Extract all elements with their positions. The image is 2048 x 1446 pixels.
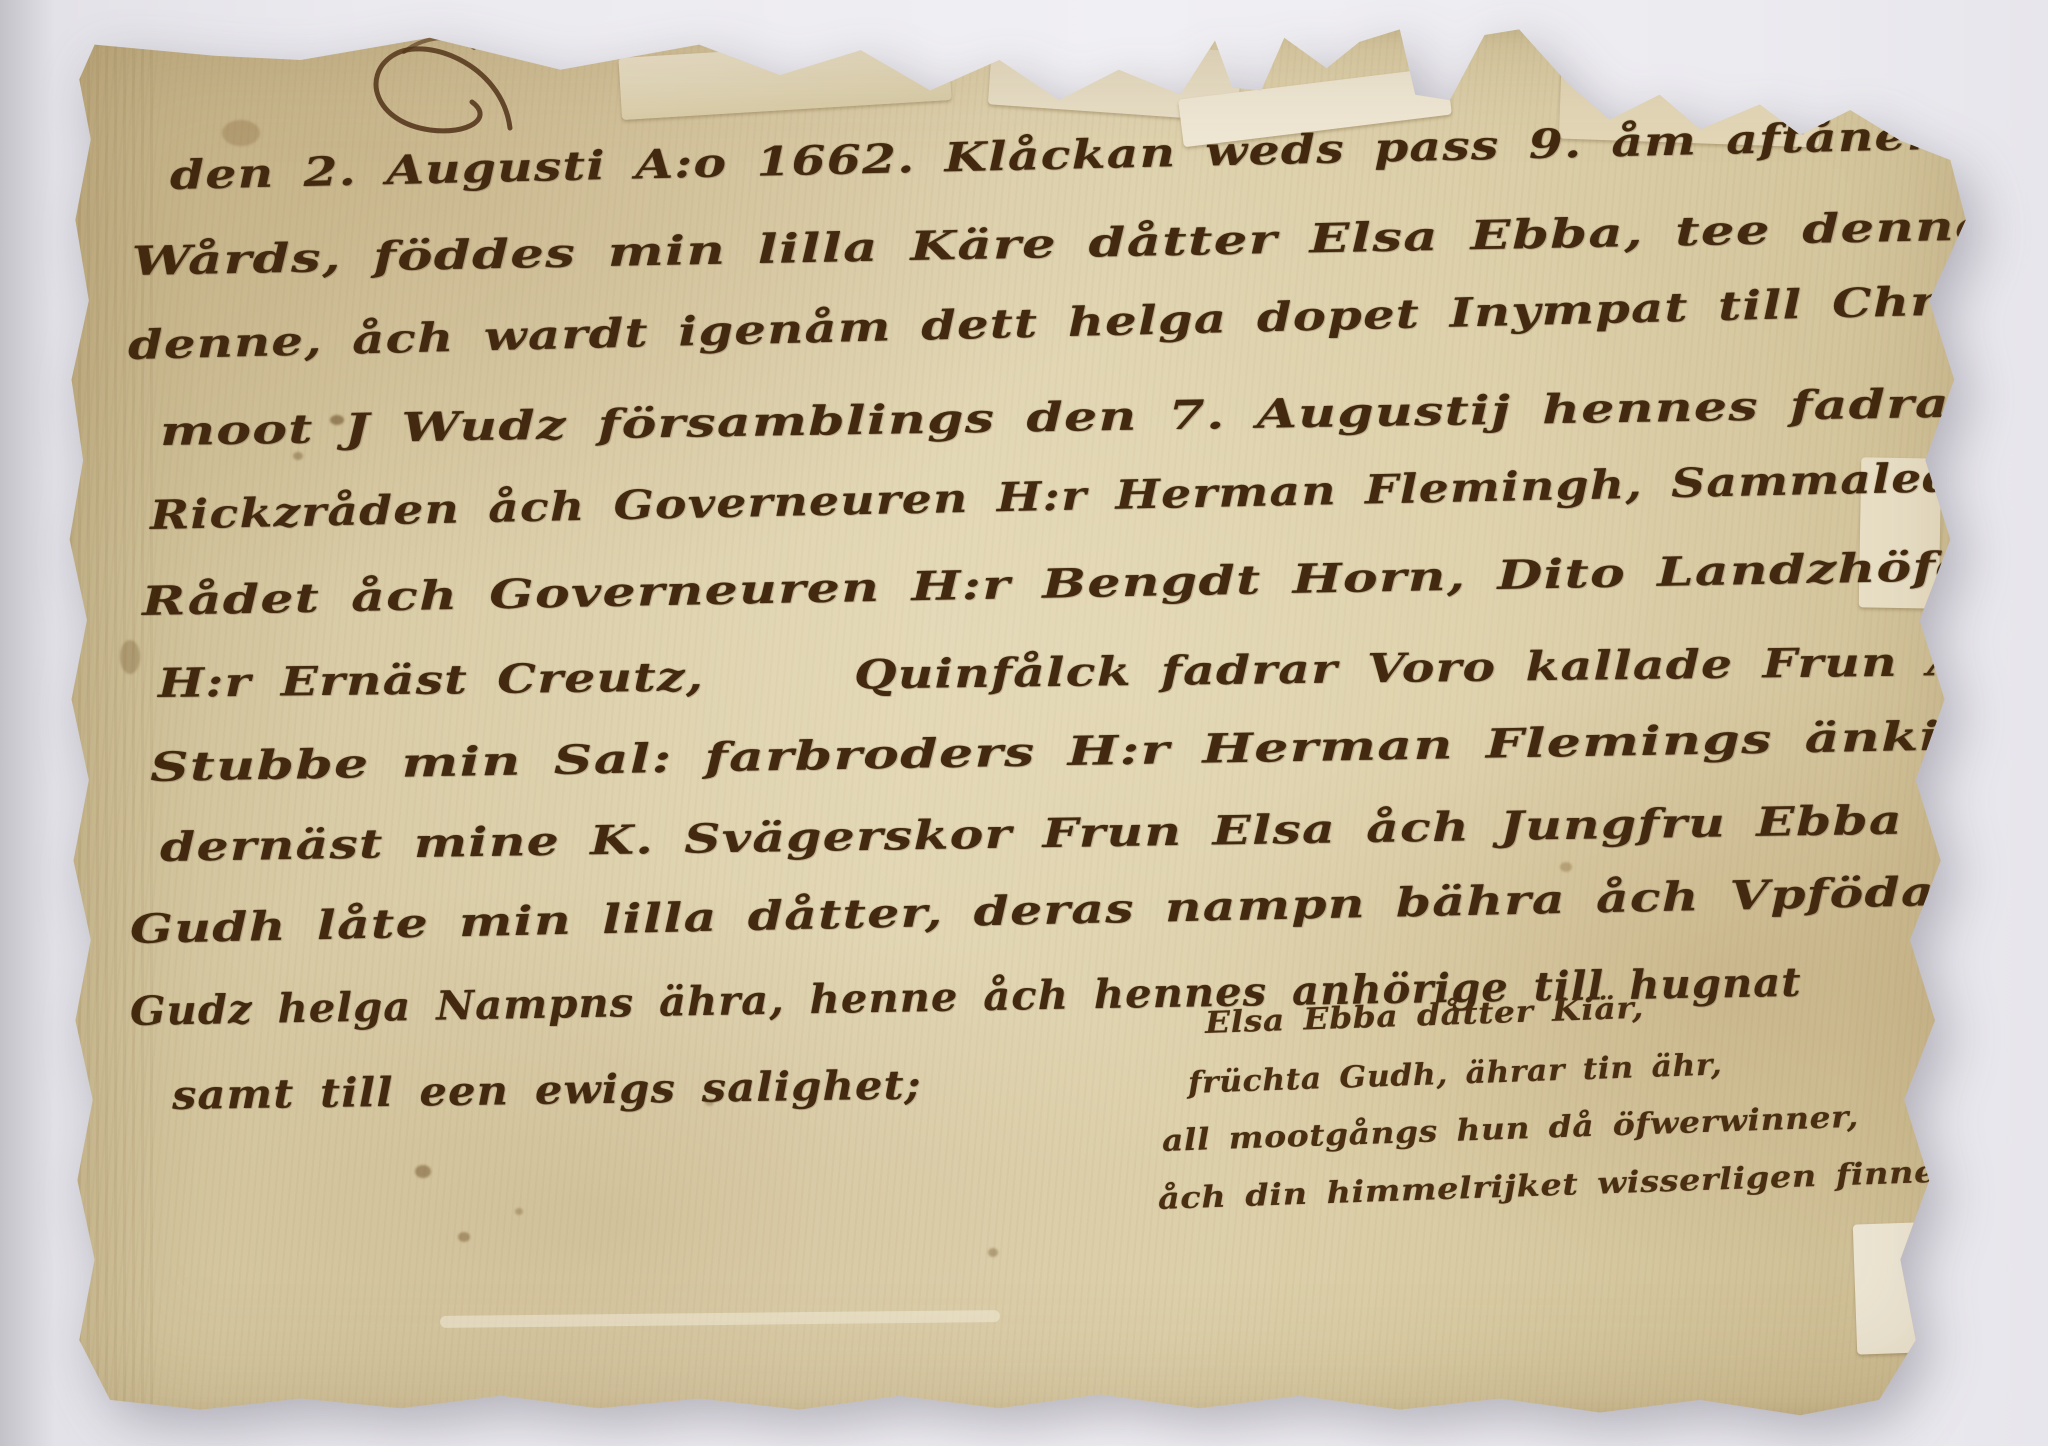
- ink-spot: [293, 452, 303, 460]
- paper-stain: [1560, 862, 1572, 872]
- manuscript-line: Rickzråden åch Governeuren H:r Herman Fl…: [150, 449, 2048, 539]
- manuscript-line: samt till een ewigs salighet;: [172, 1062, 922, 1119]
- torn-edge-flap: [988, 34, 1242, 121]
- paper-stain: [222, 120, 260, 146]
- paper-crease: [440, 1310, 1000, 1328]
- manuscript-line: denne, åch wardt igenåm dett helga dopet…: [127, 271, 2048, 369]
- manuscript-line: Rådet åch Governeuren H:r Bengdt Horn, D…: [142, 540, 2048, 625]
- ink-spot: [415, 1165, 431, 1178]
- paper-stain: [120, 640, 140, 674]
- corner-ink-mark: η·: [1408, 42, 1438, 75]
- manuscript-line: H:r Ernäst Creutz, Quinfålck fadrar Voro…: [158, 637, 2048, 707]
- manuscript-line: moot J Wudz församblings den 7. Augustij…: [160, 377, 2048, 455]
- torn-edge-flap: [1853, 1221, 1952, 1354]
- manuscript-line: dernäst mine K. Svägerskor Frun Elsa åch…: [160, 793, 2048, 871]
- manuscript-line: Wårds, föddes min lilla Käre dåtter Elsa…: [132, 199, 2048, 285]
- torn-edge-flap: [618, 38, 951, 120]
- ink-spot: [458, 1232, 470, 1242]
- paper-fiber-texture: [60, 28, 155, 1418]
- ink-flourish: [352, 30, 522, 150]
- manuscript-paper: η· den 2. Augusti A:o 1662. Klåckan weds…: [60, 28, 1985, 1418]
- manuscript-line: Stubbe min Sal: farbroders H:r Herman Fl…: [150, 709, 2048, 791]
- verse-line: früchta Gudh, ährar tin ähr,: [1187, 1047, 1722, 1101]
- manuscript-line: den 2. Augusti A:o 1662. Klåckan weds pa…: [169, 105, 2048, 199]
- verse-line: åch din himmelrijket wisserligen finner: [1157, 1154, 1954, 1217]
- manuscript-line: Gudh låte min lilla dåtter, deras nampn …: [130, 865, 2048, 953]
- photograph-of-manuscript: η· den 2. Augusti A:o 1662. Klåckan weds…: [0, 0, 2048, 1446]
- ink-spot: [515, 1208, 523, 1215]
- ink-spot: [988, 1248, 998, 1257]
- paper-wrap: η· den 2. Augusti A:o 1662. Klåckan weds…: [60, 28, 1985, 1418]
- verse-line: all mootgångs hun då öfwerwinner,: [1161, 1100, 1859, 1159]
